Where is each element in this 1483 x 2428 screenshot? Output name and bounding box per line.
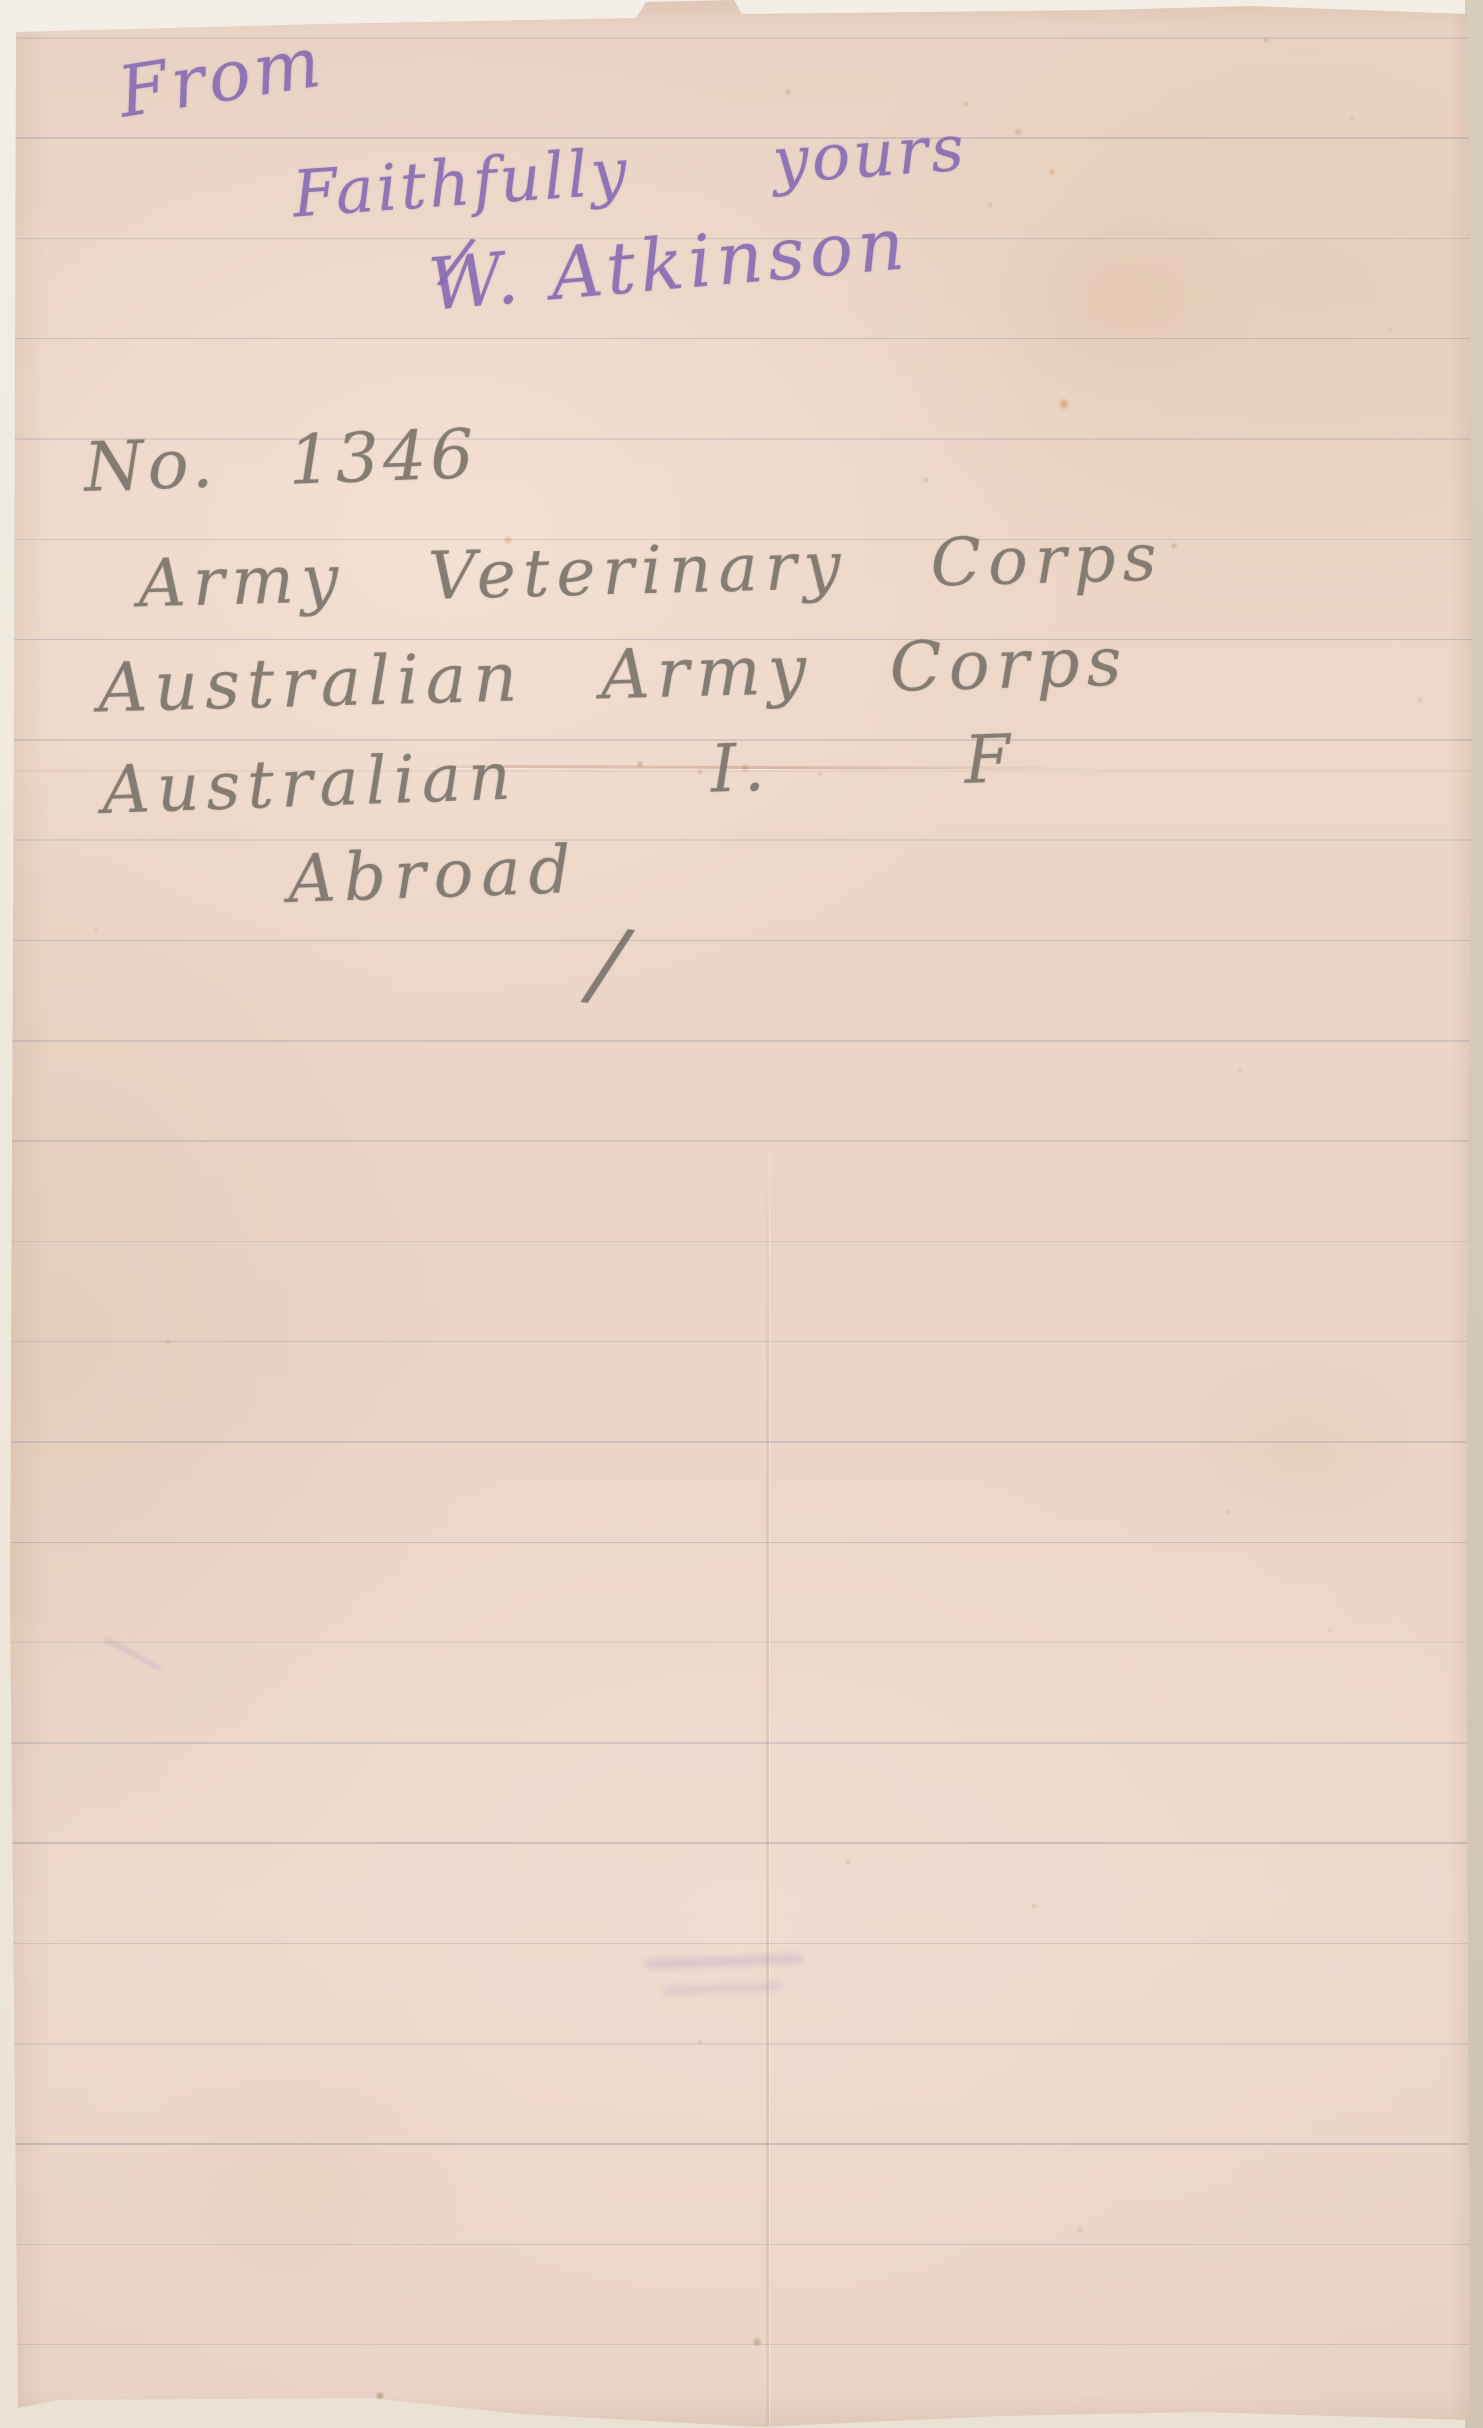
handwritten-service-number: No. 1346 (83, 421, 479, 503)
foxing-stains (0, 0, 1483, 2428)
scanned-letter-screenshot: { "page": { "kind": "Scanned page of a h… (0, 0, 1483, 2428)
vertical-fold-crease (766, 1150, 769, 2428)
letter-page: From Faithfully yours W. Atkinson / No. … (0, 0, 1483, 2428)
handwritten-abroad: Abroad (287, 837, 580, 913)
